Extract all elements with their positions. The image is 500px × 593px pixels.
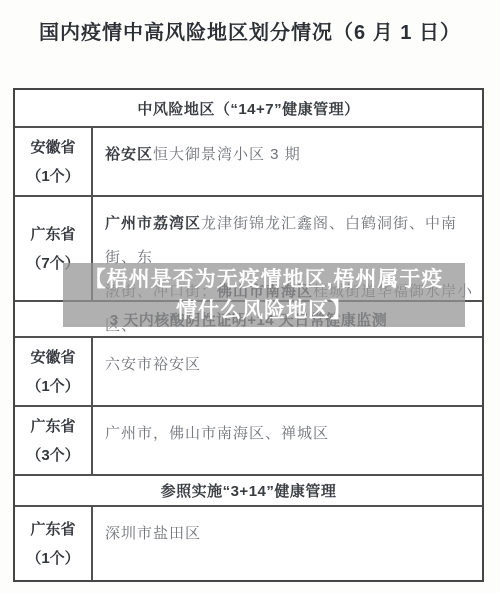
province-cell: 安徽省（1个） xyxy=(15,128,93,195)
table-row: 广东省（3个）广州市，佛山市南海区、禅城区 xyxy=(15,405,482,474)
table-section-header: 中风险地区（“14+7”健康管理） xyxy=(15,90,482,126)
province-name: 安徽省 xyxy=(30,133,75,162)
area-segment-bold: 广州市荔湾区 xyxy=(105,215,201,232)
province-cell: 安徽省（1个） xyxy=(15,338,93,405)
province-name: 广东省 xyxy=(30,220,75,249)
page-title: 国内疫情中高风险地区划分情况（6 月 1 日） xyxy=(0,16,500,45)
table-row: 安徽省（1个）六安市裕安区 xyxy=(15,336,482,405)
province-name: 广东省 xyxy=(30,412,75,441)
table-section-header: 参照实施“3+14”健康管理 xyxy=(15,474,482,505)
province-count: （1个） xyxy=(26,372,79,401)
area-line: 六安市裕安区 xyxy=(105,348,476,382)
province-cell: 广东省（3个） xyxy=(15,407,93,474)
table-row: 广东省（1个）深圳市盐田区 xyxy=(15,505,482,580)
area-segment-bold: 裕安区 xyxy=(105,146,153,163)
area-line: 广州市，佛山市南海区、禅城区 xyxy=(105,417,476,451)
province-count: （1个） xyxy=(26,162,79,191)
province-name: 安徽省 xyxy=(30,343,75,372)
area-segment: 深圳市盐田区 xyxy=(105,525,201,542)
province-count: （3个） xyxy=(26,441,79,470)
section-label: 参照实施“3+14”健康管理 xyxy=(161,480,337,501)
table-row: 安徽省（1个）裕安区恒大御景湾小区 3 期 xyxy=(15,126,482,195)
area-cell: 深圳市盐田区 xyxy=(93,507,482,580)
area-segment: 恒大御景湾小区 3 期 xyxy=(153,146,301,163)
province-name: 广东省 xyxy=(30,515,75,544)
area-segment: 广州市，佛山市南海区、禅城区 xyxy=(105,425,329,442)
watermark-line-1: 【梧州是否为无疫情地区,梧州属于疫 xyxy=(63,264,465,295)
area-segment: 六安市裕安区 xyxy=(105,356,201,373)
area-cell: 六安市裕安区 xyxy=(93,338,482,405)
area-line: 裕安区恒大御景湾小区 3 期 xyxy=(105,138,476,172)
watermark-overlay: 【梧州是否为无疫情地区,梧州属于疫 情什么风险地区】 xyxy=(63,263,465,327)
area-cell: 广州市，佛山市南海区、禅城区 xyxy=(93,407,482,474)
province-count: （1个） xyxy=(26,544,79,573)
watermark-line-2: 情什么风险地区】 xyxy=(63,295,465,326)
area-cell: 裕安区恒大御景湾小区 3 期 xyxy=(93,128,482,195)
province-cell: 广东省（1个） xyxy=(15,507,93,580)
section-label: 中风险地区（“14+7”健康管理） xyxy=(137,98,359,119)
area-line: 深圳市盐田区 xyxy=(105,517,476,551)
risk-area-table: 中风险地区（“14+7”健康管理）安徽省（1个）裕安区恒大御景湾小区 3 期广东… xyxy=(13,88,484,582)
